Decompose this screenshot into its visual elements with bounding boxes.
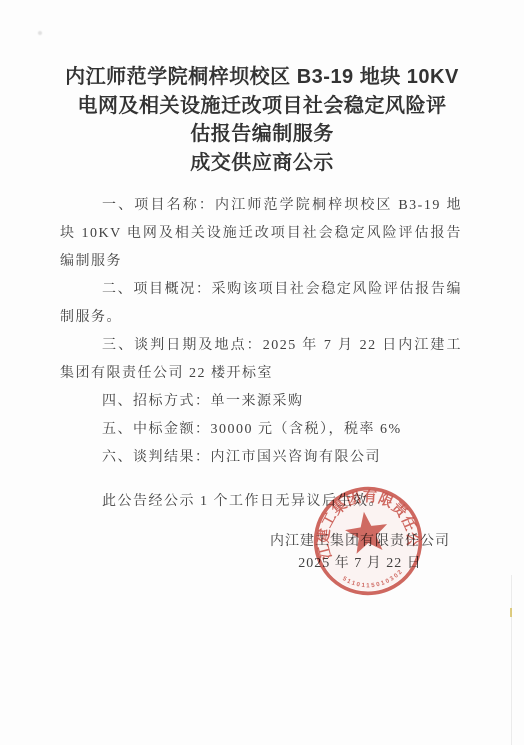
page-title: 内江师范学院桐梓坝校区 B3-19 地块 10KV 电网及相关设施迁改项目社会稳… xyxy=(0,0,524,177)
paragraph-award-amount: 五、中标金额：30000 元（含税），税率 6% xyxy=(60,416,462,444)
title-line-3: 估报告编制服务 xyxy=(0,120,524,149)
paragraph-bidding-method: 四、招标方式：单一来源采购 xyxy=(60,388,462,416)
document-subtitle: 成交供应商公示 xyxy=(0,149,524,178)
signature-company: 内江建工集团有限责任公司 xyxy=(270,531,450,553)
signature-date: 2025 年 7 月 22 日 xyxy=(270,553,450,575)
closing-statement: 此公告经公示 1 个工作日无异议后生效。 xyxy=(60,488,462,516)
paragraph-project-name: 一、项目名称：内江师范学院桐梓坝校区 B3-19 地块 10KV 电网及相关设施… xyxy=(60,192,462,276)
scan-artifact-edge-line xyxy=(511,575,512,745)
document-page: 内江师范学院桐梓坝校区 B3-19 地块 10KV 电网及相关设施迁改项目社会稳… xyxy=(0,0,524,745)
paragraph-negotiation-date-location: 三、谈判日期及地点：2025 年 7 月 22 日内江建工集团有限责任公司 22… xyxy=(60,332,462,388)
document-body: 一、项目名称：内江师范学院桐梓坝校区 B3-19 地块 10KV 电网及相关设施… xyxy=(60,192,462,516)
title-line-2: 电网及相关设施迁改项目社会稳定风险评 xyxy=(0,92,524,121)
paragraph-project-overview: 二、项目概况：采购该项目社会稳定风险评估报告编制服务。 xyxy=(60,276,462,332)
signature-block: 内江建工集团有限责任公司 2025 年 7 月 22 日 xyxy=(270,531,450,575)
paragraph-negotiation-result: 六、谈判结果：内江市国兴咨询有限公司 xyxy=(60,444,462,472)
scan-artifact-gold-mark xyxy=(510,608,512,617)
scan-artifact-dot xyxy=(38,31,42,35)
title-line-1: 内江师范学院桐梓坝校区 B3-19 地块 10KV xyxy=(0,63,524,92)
